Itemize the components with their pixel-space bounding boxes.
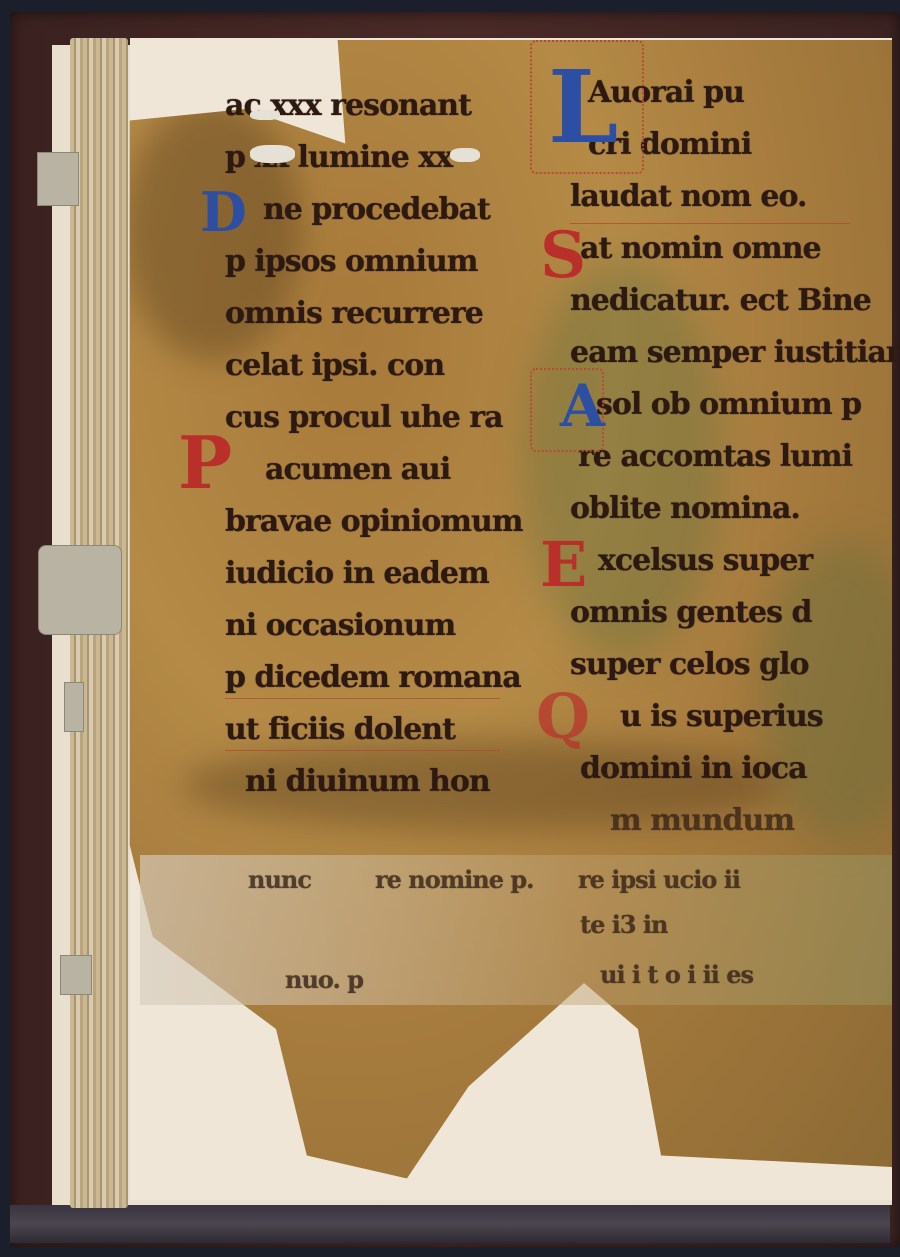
text-line: laudat nom eo. bbox=[570, 179, 806, 214]
text-line: ne procedebat bbox=[263, 192, 490, 227]
case-bottom-edge bbox=[10, 1205, 890, 1243]
parchment-hole bbox=[250, 110, 280, 120]
initial-letter-red: S bbox=[540, 218, 586, 293]
text-line: omnis gentes d bbox=[570, 595, 811, 630]
text-line: at nomin omne bbox=[580, 231, 821, 266]
text-line: omnis recurrere bbox=[225, 296, 483, 331]
initial-letter-red: Q bbox=[536, 680, 590, 753]
text-line: acumen aui bbox=[265, 452, 450, 487]
guard-tab bbox=[64, 682, 84, 732]
initial-letter-blue: L bbox=[548, 48, 618, 166]
text-line: nuo. p bbox=[285, 965, 363, 994]
parchment-hole bbox=[450, 148, 480, 162]
text-line: iudicio in eadem bbox=[225, 556, 489, 591]
text-line: super celos glo bbox=[570, 647, 809, 682]
text-line: cus procul uhe ra bbox=[225, 400, 503, 435]
text-line: sol ob omnium p bbox=[596, 387, 861, 422]
red-ruling-line bbox=[225, 698, 500, 699]
text-line: re nomine p. bbox=[375, 865, 533, 894]
text-line: p ipsos omnium bbox=[225, 244, 478, 279]
text-line: oblite nomina. bbox=[570, 491, 800, 526]
text-line: nunc bbox=[248, 865, 311, 894]
text-line: re ipsi ucio ii bbox=[578, 865, 740, 894]
guard-tab bbox=[37, 152, 79, 206]
text-line: m mundum bbox=[610, 803, 794, 838]
guard-tab bbox=[38, 545, 122, 635]
text-line: ni diuinum hon bbox=[245, 764, 490, 799]
text-line: ni occasionum bbox=[225, 608, 455, 643]
text-line: re accomtas lumi bbox=[578, 439, 852, 474]
text-line: ui i t o i ii es bbox=[600, 960, 753, 989]
red-ruling-line bbox=[225, 750, 500, 751]
text-line: bravae opiniomum bbox=[225, 504, 523, 539]
text-line: xcelsus super bbox=[598, 543, 812, 578]
initial-letter-blue: D bbox=[200, 180, 247, 244]
text-line: celat ipsi. con bbox=[225, 348, 444, 383]
text-line: te i3 in bbox=[580, 910, 667, 939]
guard-tab bbox=[60, 955, 92, 995]
text-line: u is superius bbox=[620, 699, 823, 734]
text-line: eam semper iustitiam bbox=[570, 335, 900, 370]
text-line: domini in ioca bbox=[580, 751, 807, 786]
initial-letter-red: E bbox=[540, 528, 587, 601]
parchment-hole bbox=[250, 145, 295, 163]
red-ruling-line bbox=[570, 223, 850, 224]
text-line: nedicatur. ect Bine bbox=[570, 283, 871, 318]
initial-letter-blue: A bbox=[560, 372, 605, 440]
text-line: p dicedem romana bbox=[225, 660, 521, 695]
initial-letter-red: P bbox=[178, 420, 232, 505]
text-line: ut ficiis dolent bbox=[225, 712, 455, 747]
